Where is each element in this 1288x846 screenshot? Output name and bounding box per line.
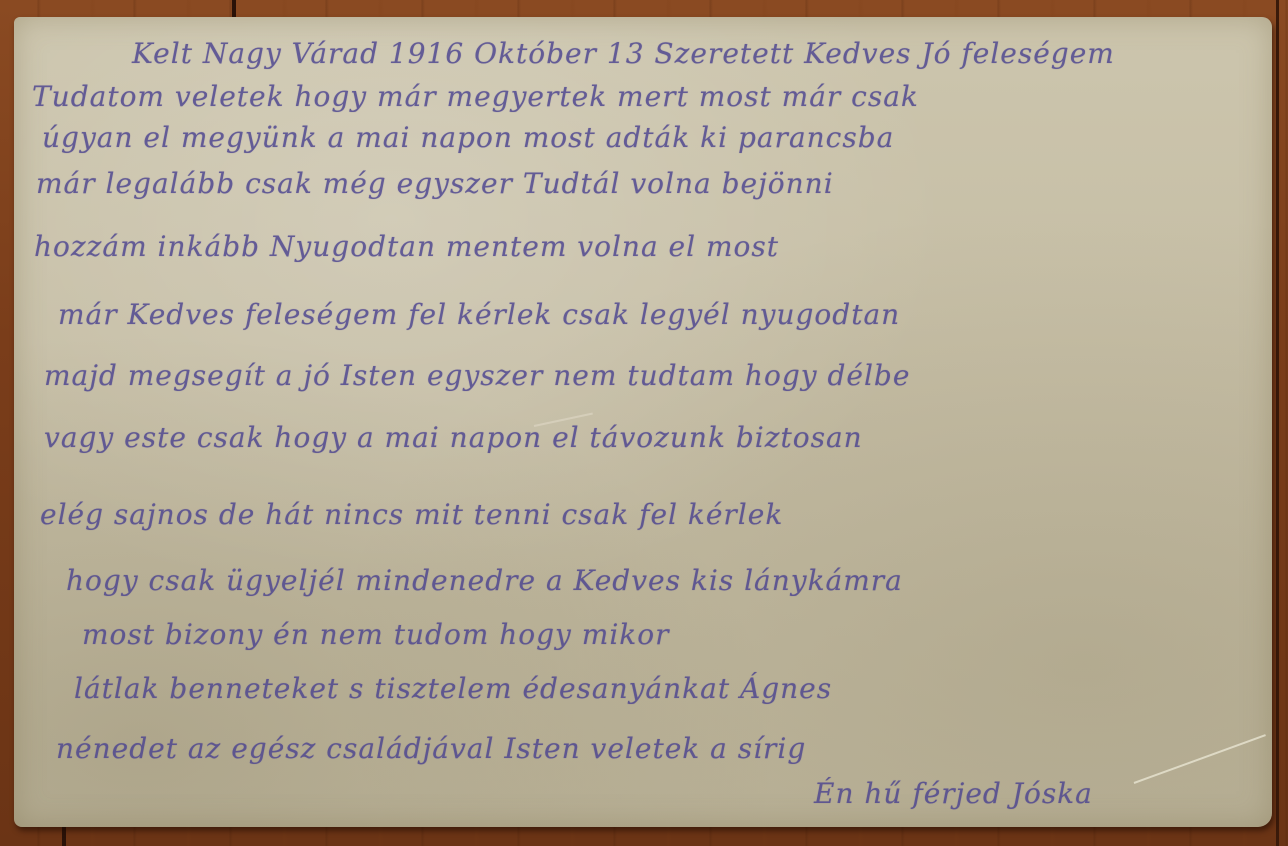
paper-crease xyxy=(1134,734,1266,784)
letter-line: hogy csak ügyeljél mindenedre a Kedves k… xyxy=(66,564,903,597)
wood-seam xyxy=(62,827,66,846)
letter-line: vagy este csak hogy a mai napon el távoz… xyxy=(44,421,863,454)
letter-line: már legalább csak még egyszer Tudtál vol… xyxy=(36,167,834,200)
letter-line: már Kedves feleségem fel kérlek csak leg… xyxy=(58,298,900,331)
wood-seam xyxy=(1276,0,1279,846)
letter-line: elég sajnos de hát nincs mit tenni csak … xyxy=(40,498,783,531)
letter-line: most bizony én nem tudom hogy mikor xyxy=(82,618,670,651)
letter-line: látlak benneteket s tisztelem édesanyánk… xyxy=(74,672,832,705)
letter-line: majd megsegít a jó Isten egyszer nem tud… xyxy=(44,359,910,392)
letter-line: úgyan el megyünk a mai napon most adták … xyxy=(42,121,894,154)
postcard: Kelt Nagy Várad 1916 Október 13 Szeretet… xyxy=(14,17,1272,827)
letter-line: Tudatom veletek hogy már megyertek mert … xyxy=(32,80,919,113)
wood-seam xyxy=(232,0,236,17)
letter-line-date-greeting: Kelt Nagy Várad 1916 Október 13 Szeretet… xyxy=(132,37,1115,70)
letter-signature: Én hű férjed Jóska xyxy=(814,777,1093,810)
letter-line: nénedet az egész családjával Isten velet… xyxy=(56,732,806,765)
letter-line: hozzám inkább Nyugodtan mentem volna el … xyxy=(34,230,779,263)
